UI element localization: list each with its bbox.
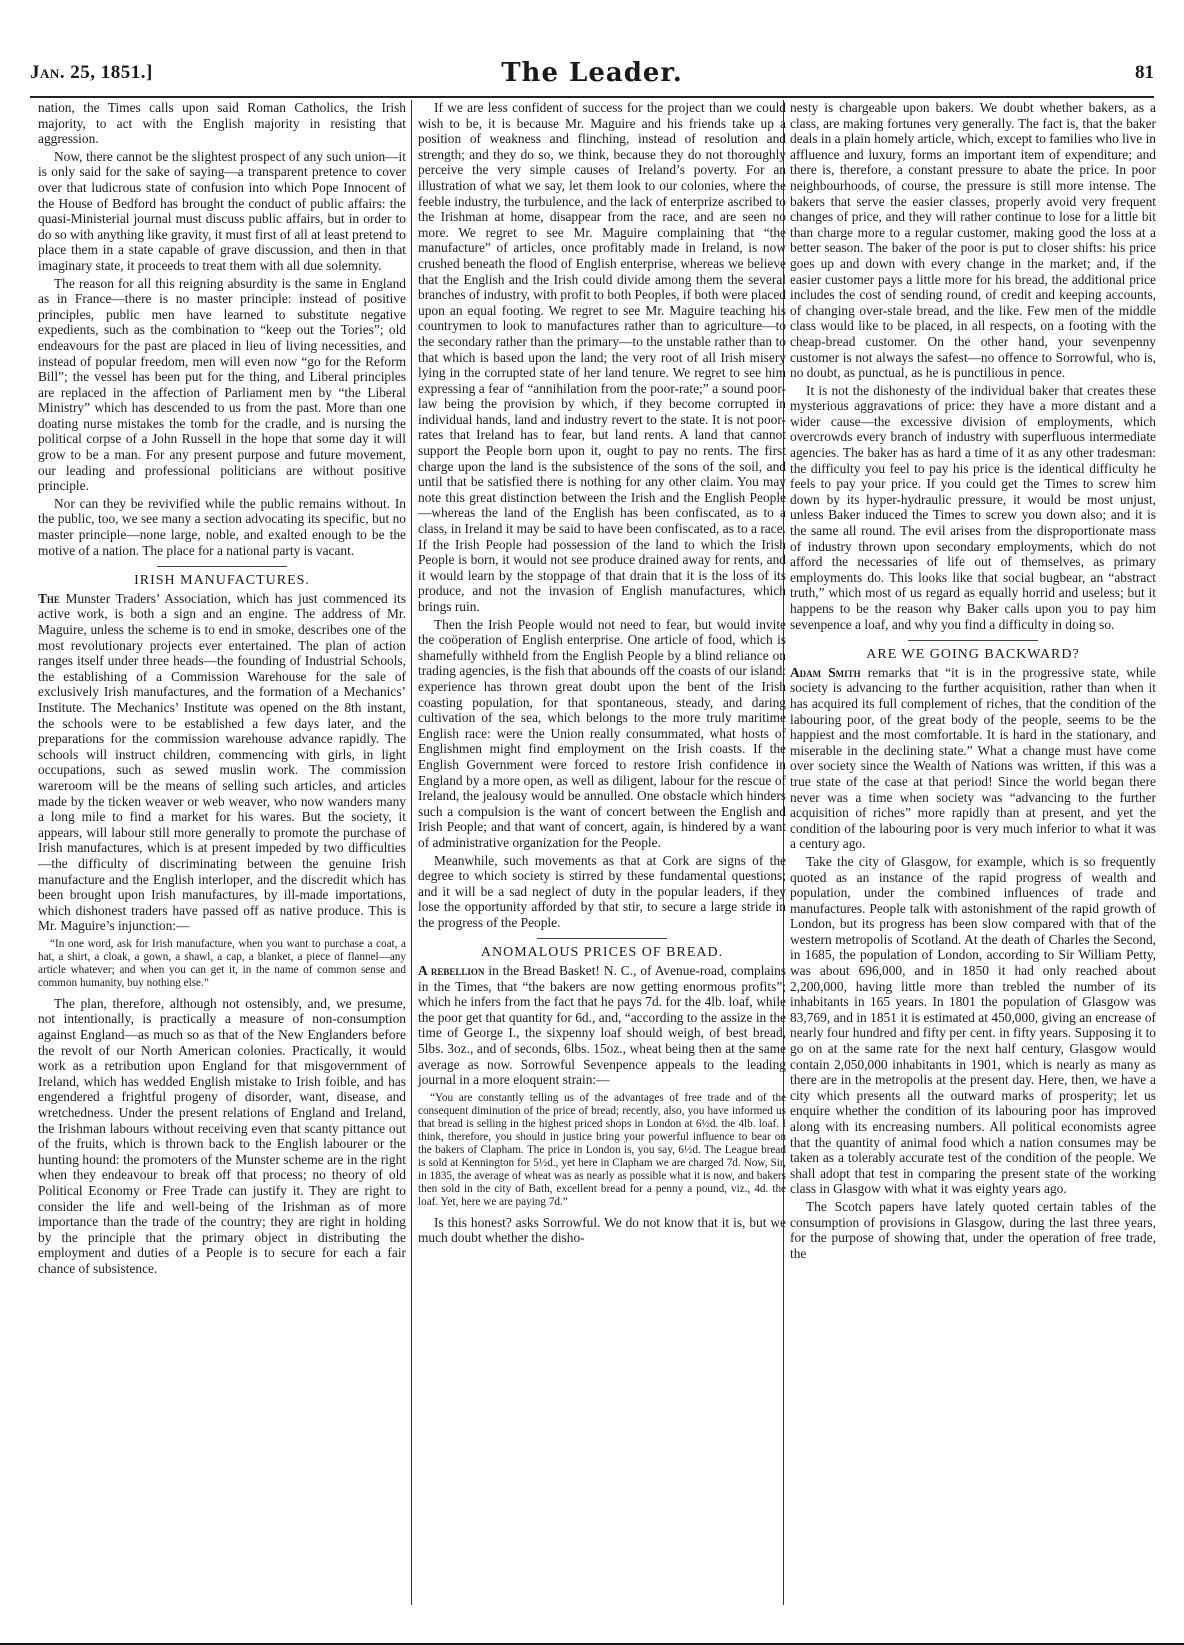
block-quote: “You are constantly telling us of the ad… <box>418 1092 786 1209</box>
paragraph: Nor can they be revivified while the pub… <box>38 496 406 558</box>
lead-word: Adam Smith <box>790 665 861 680</box>
section-heading-going-backward: ARE WE GOING BACKWARD? <box>790 647 1156 663</box>
paragraph: Take the city of Glasgow, for example, w… <box>790 854 1156 1197</box>
column-3: nesty is chargeable upon bakers. We doub… <box>790 100 1156 1263</box>
paragraph: If we are less confident of success for … <box>418 100 786 615</box>
paragraph: nation, the Times calls upon said Roman … <box>38 100 406 147</box>
paragraph-text: in the Bread Basket! N. C., of Avenue-ro… <box>418 963 786 1087</box>
masthead: Jan. 25, 1851.] The Leader. 81 <box>30 58 1154 90</box>
lead-word: The <box>38 591 60 606</box>
newspaper-title: The Leader. <box>30 58 1154 88</box>
paragraph: Then the Irish People would not need to … <box>418 617 786 851</box>
paragraph: Now, there cannot be the slightest prosp… <box>38 149 406 274</box>
paragraph: Is this honest? asks Sorrowful. We do no… <box>418 1215 786 1246</box>
paragraph-text: remarks that “it is in the progressive s… <box>790 665 1156 852</box>
paragraph-text: Munster Traders’ Association, which has … <box>38 591 406 933</box>
paragraph: Meanwhile, such movements as that at Cor… <box>418 853 786 931</box>
paragraph: A rebellion in the Bread Basket! N. C., … <box>418 963 786 1088</box>
section-separator <box>908 640 1038 641</box>
paragraph: The reason for all this reigning absurdi… <box>38 276 406 494</box>
paragraph: The Scotch papers have lately quoted cer… <box>790 1199 1156 1261</box>
section-separator <box>157 566 287 567</box>
paragraph: nesty is chargeable upon bakers. We doub… <box>790 100 1156 381</box>
column-rule-1 <box>411 100 412 1605</box>
paragraph: Adam Smith remarks that “it is in the pr… <box>790 665 1156 852</box>
column-1: nation, the Times calls upon said Roman … <box>38 100 406 1279</box>
paragraph: The plan, therefore, although not ostens… <box>38 996 406 1277</box>
section-heading-anomalous-prices: ANOMALOUS PRICES OF BREAD. <box>418 945 786 961</box>
block-quote: “In one word, ask for Irish manufacture,… <box>38 938 406 990</box>
lead-word: A rebellion <box>418 963 484 978</box>
column-2: If we are less confident of success for … <box>418 100 786 1248</box>
section-separator <box>537 938 667 939</box>
section-heading-irish-manufactures: IRISH MANUFACTURES. <box>38 573 406 589</box>
paragraph: The Munster Traders’ Association, which … <box>38 591 406 934</box>
page-number: 81 <box>1135 62 1154 84</box>
paragraph: It is not the dishonesty of the individu… <box>790 383 1156 633</box>
header-rule <box>30 96 1154 98</box>
